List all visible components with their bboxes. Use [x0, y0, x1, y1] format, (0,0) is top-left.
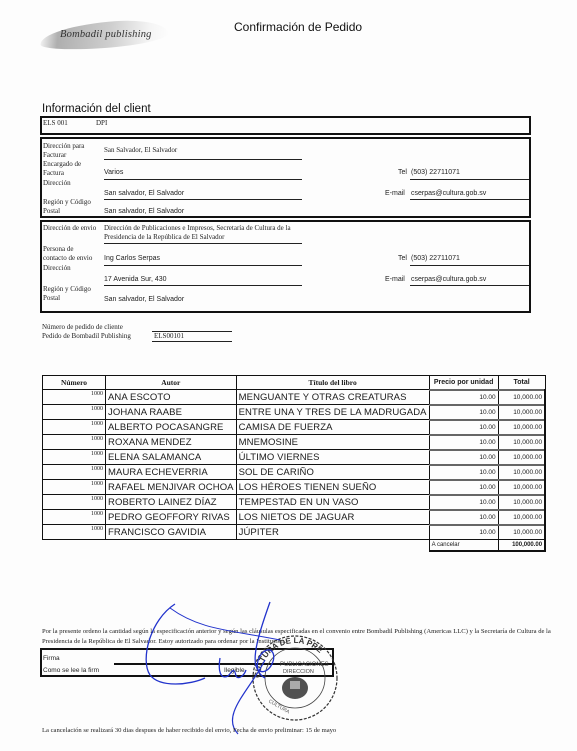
- table-row: 1000ROXANA MENDEZMNEMOSINE10.0010,000.00: [43, 435, 546, 450]
- unit-price-cell: 10.00: [429, 390, 498, 405]
- document-title: Confirmación de Pedido: [234, 20, 362, 34]
- line-total-cell: 10,000.00: [498, 435, 545, 450]
- table-row: 1000ELENA SALAMANCAÚLTIMO VIERNES10.0010…: [43, 450, 546, 465]
- unit-price-cell: 10.00: [429, 480, 498, 495]
- client-id: ELS 001: [43, 119, 68, 127]
- shipping-region-value: San salvador, El Salvador: [104, 296, 184, 303]
- author-cell: ANA ESCOTO: [106, 390, 237, 405]
- book-title-cell: ENTRE UNA Y TRES DE LA MADRUGADA: [236, 405, 429, 420]
- billing-direction-label: Dirección: [43, 179, 71, 188]
- publisher-order-number-value: ELS00101: [154, 332, 184, 340]
- table-row: 1000FRANCISCO GAVIDIAJÚPITER10.0010,000.…: [43, 525, 546, 540]
- billing-contact-value: Varios: [104, 169, 123, 176]
- unit-price-cell: 10.00: [429, 405, 498, 420]
- author-cell: ROBERTO LAINEZ DÍAZ: [106, 495, 237, 510]
- book-title-cell: MNEMOSINE: [236, 435, 429, 450]
- author-cell: RAFAEL MENJIVAR OCHOA: [106, 480, 237, 495]
- author-cell: ELENA SALAMANCA: [106, 450, 237, 465]
- client-info-heading: Información del client: [42, 103, 151, 115]
- unit-price-cell: 10.00: [429, 510, 498, 525]
- signature-label: Firma: [43, 655, 60, 662]
- line-total-cell: 10,000.00: [498, 480, 545, 495]
- order-items-table: Número Autor Título del libro Precio por…: [42, 375, 546, 552]
- billing-contact-label: Encargado de Factura: [43, 160, 81, 178]
- line-total-cell: 10,000.00: [498, 465, 545, 480]
- book-title-cell: TEMPESTAD EN UN VASO: [236, 495, 429, 510]
- column-header-title: Título del libro: [236, 376, 429, 390]
- shipping-contact-value: Ing Carlos Serpas: [104, 255, 160, 262]
- signature-name-label: Como se lee la firm: [43, 667, 99, 674]
- table-summary-row: A cancelar 100,000.00: [43, 540, 546, 551]
- summary-total: 100,000.00: [498, 540, 545, 551]
- column-header-total: Total: [498, 376, 545, 390]
- column-header-number: Número: [43, 376, 106, 390]
- book-title-cell: LOS NIETOS DE JAGUAR: [236, 510, 429, 525]
- summary-label: A cancelar: [429, 540, 498, 551]
- table-row: 1000MAURA ECHEVERRIASOL DE CARIÑO10.0010…: [43, 465, 546, 480]
- line-total-cell: 10,000.00: [498, 405, 545, 420]
- quantity-cell: 1000: [43, 465, 106, 480]
- unit-price-cell: 10.00: [429, 435, 498, 450]
- billing-region-value: San salvador, El Salvador: [104, 208, 184, 215]
- author-cell: MAURA ECHEVERRIA: [106, 465, 237, 480]
- table-row: 1000JOHANA RAABEENTRE UNA Y TRES DE LA M…: [43, 405, 546, 420]
- client-order-number-label: Número de pedido de cliente: [42, 323, 123, 331]
- quantity-cell: 1000: [43, 525, 106, 540]
- shipping-email-value: cserpas@cultura.gob.sv: [411, 276, 486, 283]
- quantity-cell: 1000: [43, 480, 106, 495]
- table-row: 1000RAFAEL MENJIVAR OCHOALOS HÉROES TIEN…: [43, 480, 546, 495]
- publisher-logo: Bombadil publishing: [40, 20, 170, 50]
- book-title-cell: ÚLTIMO VIERNES: [236, 450, 429, 465]
- book-title-cell: LOS HÉROES TIENEN SUEÑO: [236, 480, 429, 495]
- line-total-cell: 10,000.00: [498, 390, 545, 405]
- author-cell: FRANCISCO GAVIDIA: [106, 525, 237, 540]
- shipping-tel-label: Tel: [398, 255, 407, 262]
- quantity-cell: 1000: [43, 405, 106, 420]
- publisher-order-number-label: Pedido de Bombadil Publishing: [42, 332, 131, 340]
- quantity-cell: 1000: [43, 420, 106, 435]
- unit-price-cell: 10.00: [429, 525, 498, 540]
- unit-price-cell: 10.00: [429, 420, 498, 435]
- billing-direction-value: San salvador, El Salvador: [104, 190, 184, 197]
- quantity-cell: 1000: [43, 450, 106, 465]
- quantity-cell: 1000: [43, 495, 106, 510]
- billing-region-label: Región y Código Postal: [43, 198, 91, 216]
- book-title-cell: JÚPITER: [236, 525, 429, 540]
- table-header-row: Número Autor Título del libro Precio por…: [43, 376, 546, 390]
- quantity-cell: 1000: [43, 435, 106, 450]
- author-cell: PEDRO GEOFFORY RIVAS: [106, 510, 237, 525]
- book-title-cell: CAMISA DE FUERZA: [236, 420, 429, 435]
- table-row: 1000ROBERTO LAINEZ DÍAZTEMPESTAD EN UN V…: [43, 495, 546, 510]
- table-row: 1000ANA ESCOTOMENGUANTE Y OTRAS CREATURA…: [43, 390, 546, 405]
- shipping-email-label: E-mail: [385, 276, 405, 283]
- shipping-direction-label: Dirección: [43, 264, 71, 273]
- billing-tel-value: (503) 22711071: [411, 169, 460, 176]
- client-id-type: DPI: [96, 119, 107, 127]
- billing-email-value: cserpas@cultura.gob.sv: [411, 190, 486, 197]
- book-title-cell: MENGUANTE Y OTRAS CREATURAS: [236, 390, 429, 405]
- shipping-region-label: Región y Código Postal: [43, 285, 91, 303]
- logo-text: Bombadil publishing: [60, 29, 152, 40]
- shipping-address-label: Dirección de envio: [43, 224, 96, 233]
- payment-terms-note: La cancelación se realizará 30 dias desp…: [42, 727, 336, 734]
- column-header-author: Autor: [106, 376, 237, 390]
- shipping-tel-value: (503) 22711071: [411, 255, 460, 262]
- line-total-cell: 10,000.00: [498, 495, 545, 510]
- column-header-unit-price: Precio por unidad: [429, 376, 498, 390]
- unit-price-cell: 10.00: [429, 450, 498, 465]
- line-total-cell: 10,000.00: [498, 420, 545, 435]
- line-total-cell: 10,000.00: [498, 450, 545, 465]
- billing-address-label: Dirección para Facturar: [43, 142, 84, 160]
- book-title-cell: SOL DE CARIÑO: [236, 465, 429, 480]
- author-cell: JOHANA RAABE: [106, 405, 237, 420]
- line-total-cell: 10,000.00: [498, 510, 545, 525]
- shipping-section: Dirección de envio Dirección de Publicac…: [40, 220, 531, 313]
- unit-price-cell: 10.00: [429, 495, 498, 510]
- billing-address-value: San Salvador, El Salvador: [104, 146, 177, 154]
- author-cell: ROXANA MENDEZ: [106, 435, 237, 450]
- client-id-box: ELS 001 DPI: [40, 116, 531, 135]
- billing-section: Dirección para Facturar San Salvador, El…: [40, 137, 531, 218]
- table-row: 1000ALBERTO POCASANGRECAMISA DE FUERZA10…: [43, 420, 546, 435]
- quantity-cell: 1000: [43, 510, 106, 525]
- author-cell: ALBERTO POCASANGRE: [106, 420, 237, 435]
- shipping-contact-label: Persona de contacto de envio: [43, 245, 92, 263]
- table-row: 1000PEDRO GEOFFORY RIVASLOS NIETOS DE JA…: [43, 510, 546, 525]
- billing-tel-label: Tel: [398, 169, 407, 176]
- line-total-cell: 10,000.00: [498, 525, 545, 540]
- shipping-direction-value: 17 Avenida Sur, 430: [104, 276, 167, 283]
- billing-email-label: E-mail: [385, 190, 405, 197]
- unit-price-cell: 10.00: [429, 465, 498, 480]
- shipping-address-value: Dirección de Publicaciones e Impresos, S…: [104, 224, 291, 242]
- handwritten-signature-icon: [120, 600, 290, 735]
- quantity-cell: 1000: [43, 390, 106, 405]
